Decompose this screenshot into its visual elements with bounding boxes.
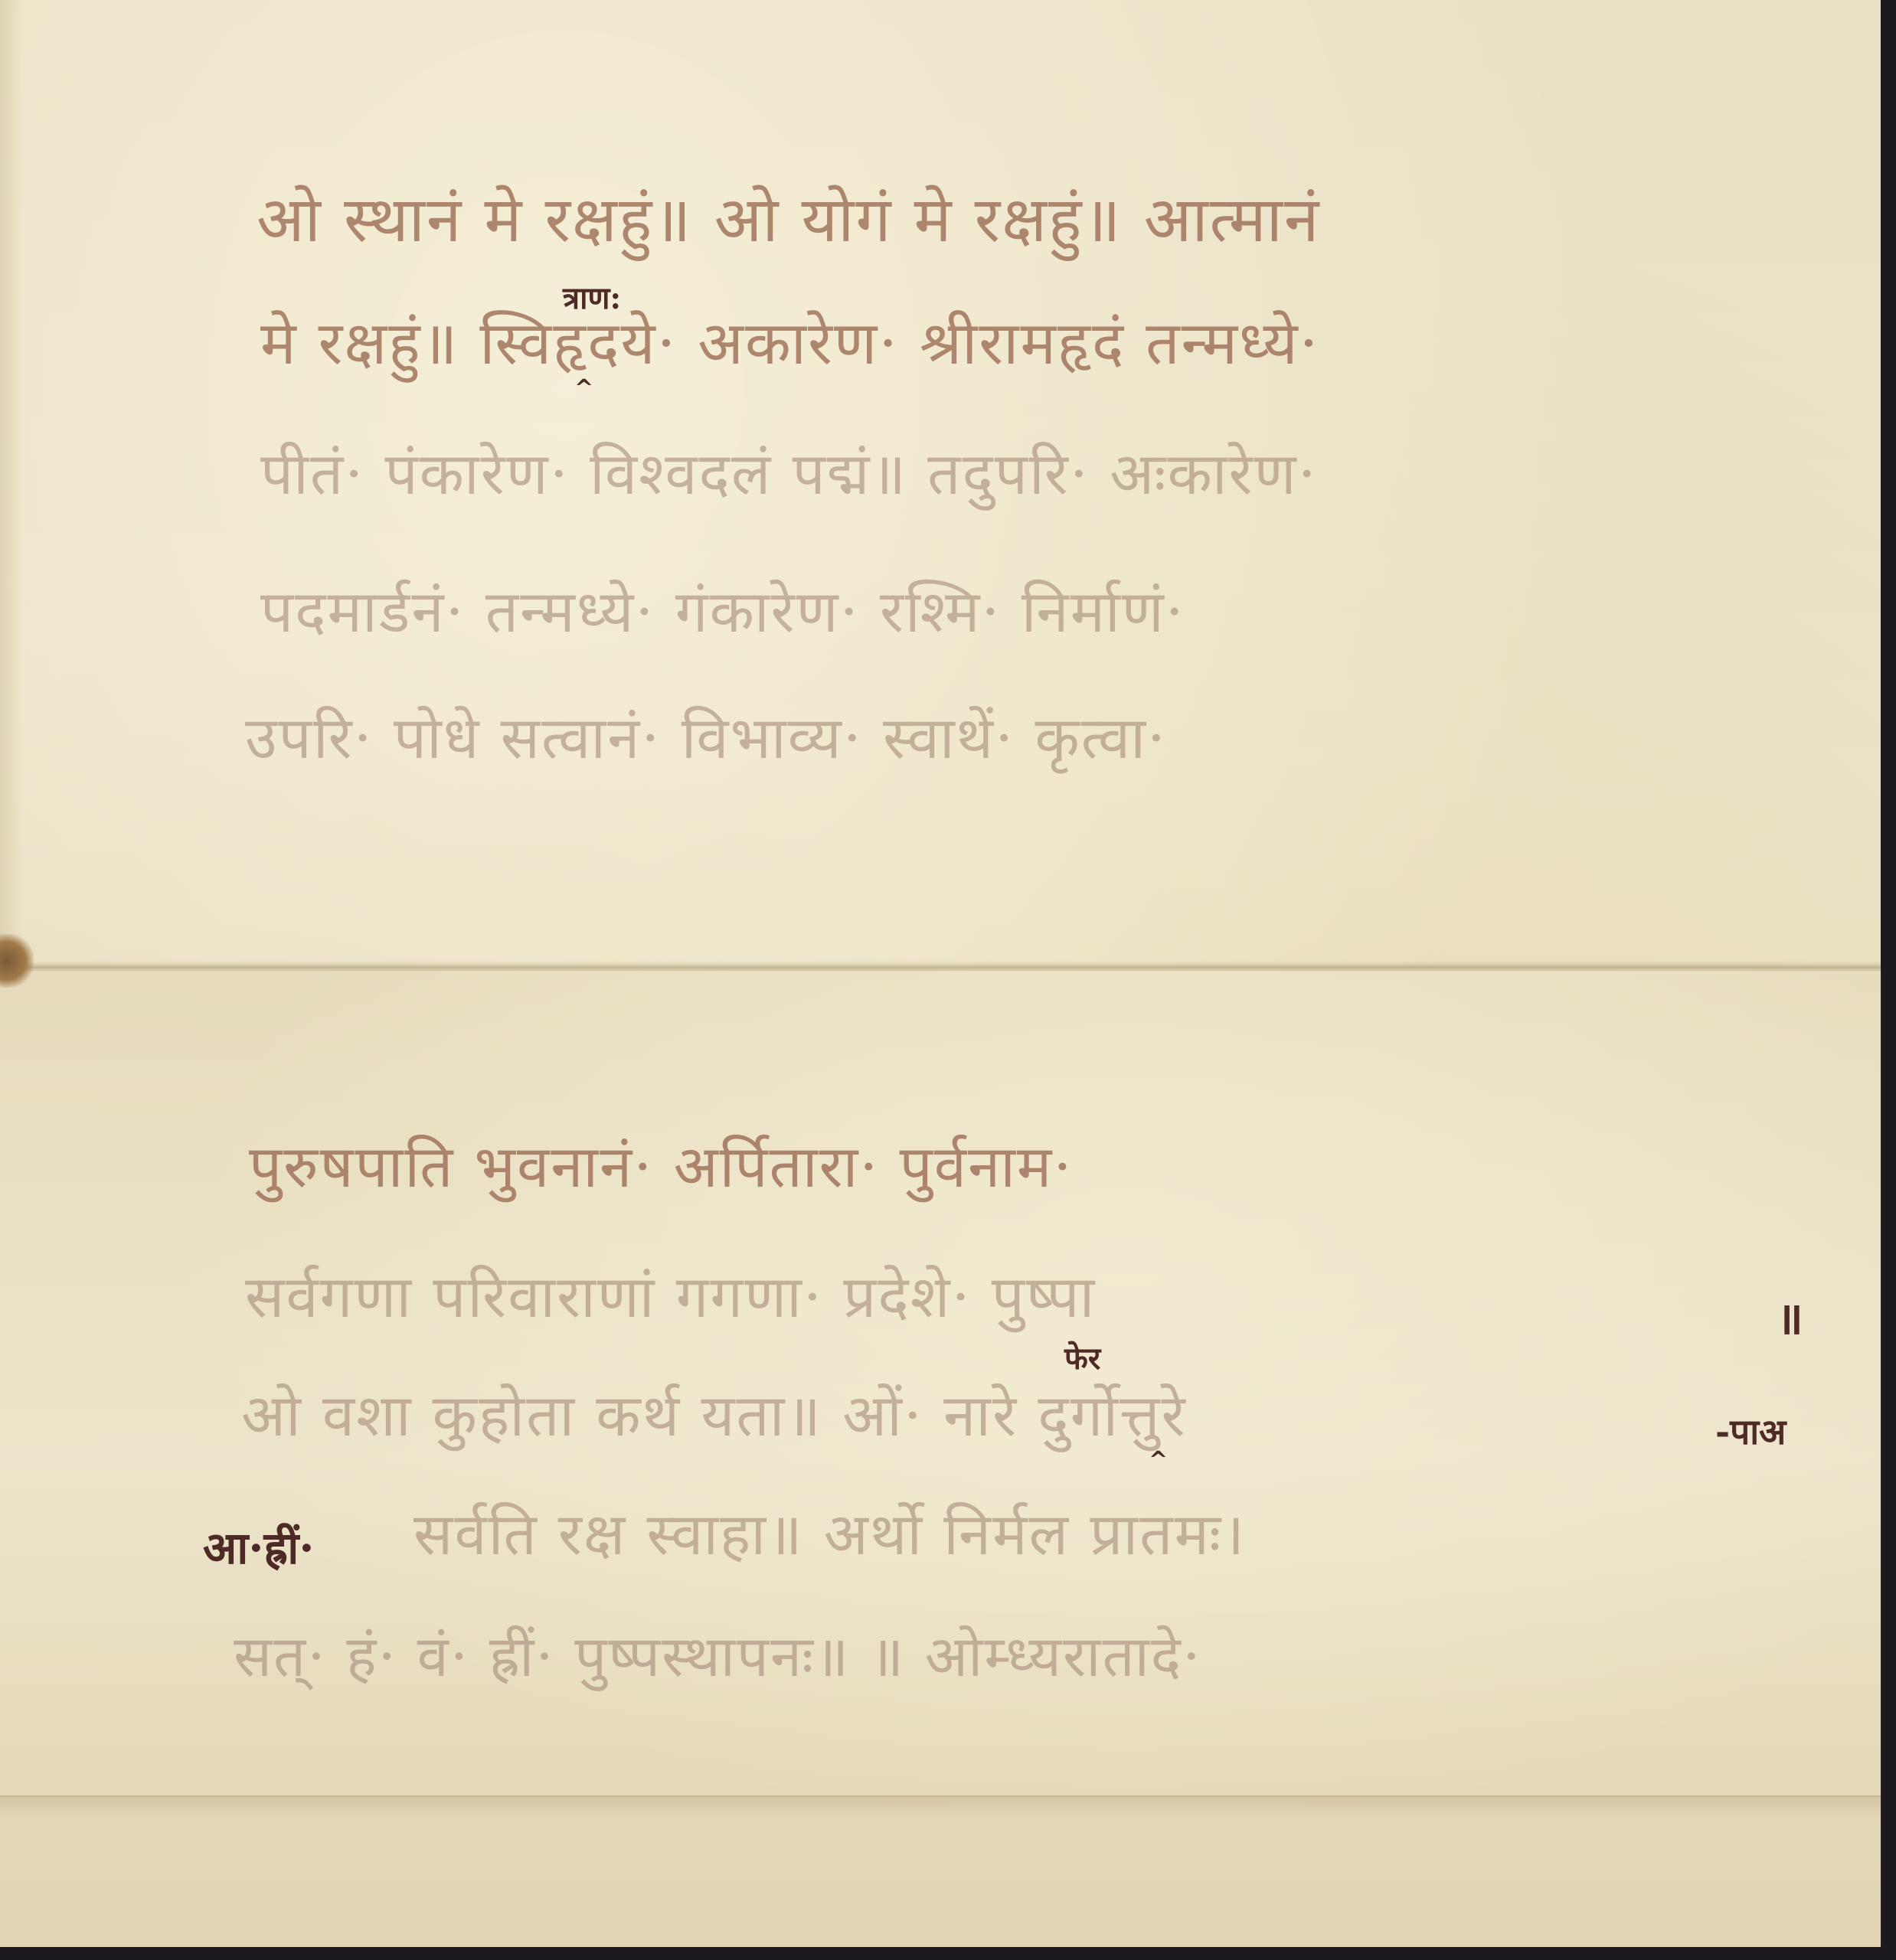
manuscript-line-9: सर्वति रक्ष स्वाहा॥ अर्थो निर्मल प्रातमः… xyxy=(414,1493,1246,1572)
manuscript-line-7: सर्वगणा परिवाराणां गगणा· प्रदेशे· पुष्पा xyxy=(245,1256,1096,1334)
manuscript-line-3: पीतं· पंकारेण· विश्वदलं पद्मं॥ तदुपरि· अ… xyxy=(260,433,1318,511)
interlinear-annotation: फेर xyxy=(1064,1336,1100,1378)
margin-annotation: -पाअ xyxy=(1715,1407,1786,1455)
margin-annotation: आ·ह्रीं· xyxy=(203,1516,314,1576)
torn-bottom-edge xyxy=(0,1795,1881,1820)
insertion-caret-icon: ^ xyxy=(1149,1447,1168,1474)
manuscript-line-8: ओ वशा कुहोता कर्थ यता॥ ओं· नारे दुर्गोत्… xyxy=(241,1374,1187,1453)
manuscript-line-6: पुरुषपाति भुवनानं· अर्पितारा· पुर्वनाम· xyxy=(249,1125,1074,1204)
insertion-caret-icon: ^ xyxy=(574,375,593,402)
manuscript-line-1: ओ स्थानं मे रक्षहुं॥ ओ योगं मे रक्षहुं॥ … xyxy=(257,175,1320,260)
binding-thread xyxy=(0,934,34,988)
manuscript-line-5: उपरि· पोधे सत्वानं· विभाव्य· स्वाथें· कृ… xyxy=(245,697,1167,776)
manuscript-line-4: पदमार्डनं· तन्मध्ये· गंकारेण· रश्मि· निर… xyxy=(260,570,1185,649)
manuscript-line-2: मे रक्षहुं॥ स्विहृदये· अकारेण· श्रीरामहृ… xyxy=(260,300,1319,381)
double-danda-mark: ॥ xyxy=(1777,1286,1803,1347)
manuscript-folio: ओ स्थानं मे रक्षहुं॥ ओ योगं मे रक्षहुं॥ … xyxy=(0,0,1896,1960)
manuscript-line-10: सत्· हं· वं· ह्रीं· पुष्पस्थापनः॥ ॥ ओम्ध… xyxy=(234,1615,1202,1693)
